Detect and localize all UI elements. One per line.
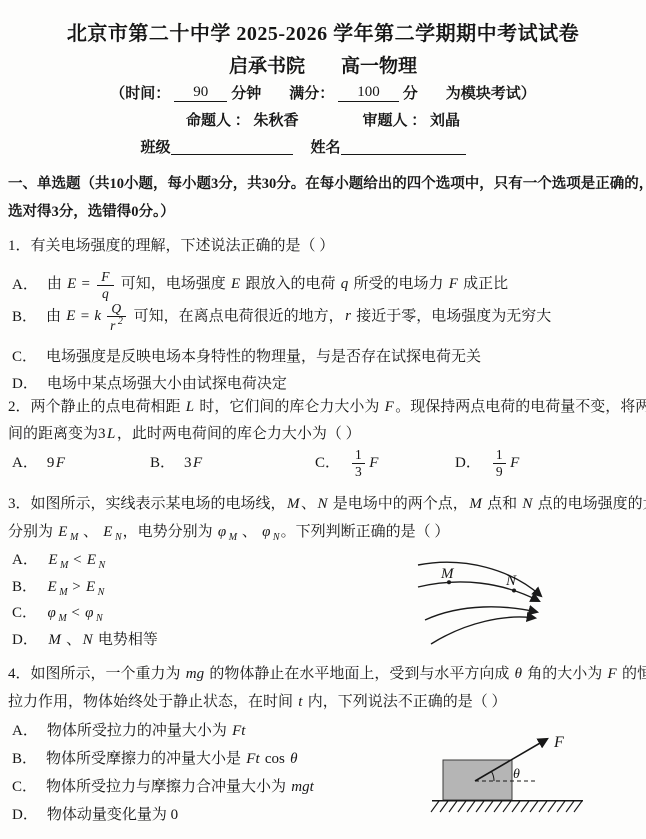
field-line-2: [418, 582, 539, 601]
section-heading-line-1: 一、单选题（共10小题，每小题3分，共30分。在每小题给出的四个选项中，只有一个…: [8, 172, 646, 196]
q3-option-a: A． EM < EN: [12, 548, 106, 572]
field-line-4: [431, 617, 535, 644]
option-text: 19F: [490, 447, 521, 478]
option-text: 物体动量变化量为 0: [47, 803, 178, 827]
q4-option-b: B． 物体所受摩擦力的冲量大小是 Ft cos θ: [12, 747, 299, 771]
class-blank: [171, 137, 293, 155]
point-n-label: N: [505, 573, 517, 589]
q2-option-d: D． 19F: [455, 443, 521, 483]
section-heading-line-2: 选对得3分，选错得0分。）: [8, 200, 175, 224]
option-text: EM < EN: [47, 548, 106, 572]
setter-name: 朱秋香: [253, 113, 298, 129]
option-text: φM < φN: [46, 601, 104, 625]
option-text: 物体所受摩擦力的冲量大小是 Ft cos θ: [46, 747, 299, 771]
angle-label: θ: [513, 767, 520, 782]
q4-stem-line-1: 4．如图所示，一个重力为 mg 的物体静止在水平地面上，受到与水平方向成 θ 角…: [8, 662, 646, 686]
option-label: D．: [455, 451, 481, 475]
name-label: 姓名: [311, 136, 341, 157]
option-text: 由 E = kQr2 可知，在离点电荷很近的地方，r 接近于零，电场强度为无穷大: [46, 301, 551, 333]
class-label: 班级: [140, 136, 170, 157]
point-m-label: M: [440, 566, 455, 582]
academy-name: 启承书院: [229, 51, 305, 78]
course-name: 高一物理: [341, 51, 417, 78]
option-label: B．: [12, 575, 37, 599]
q3-option-c: C． φM < φN: [12, 601, 104, 625]
option-text: EM > EN: [46, 575, 105, 599]
q3-stem-line-1: 3．如图所示，实线表示某电场的电场线，M、N 是电场中的两个点，M 点和 N 点…: [8, 492, 646, 516]
ground-hatching: [431, 801, 582, 812]
option-label: A．: [12, 719, 38, 743]
force-label: F: [553, 734, 564, 751]
q2-option-c: C． 13F: [315, 443, 380, 483]
option-label: C．: [12, 601, 37, 625]
exam-title-text: 北京市第二十中学 2025-2026 学年第二学期期中考试试卷: [67, 17, 579, 46]
exam-page: 北京市第二十中学 2025-2026 学年第二学期期中考试试卷 启承书院 高一物…: [0, 0, 646, 839]
exam-type: 为模块考试）: [446, 82, 536, 103]
time-label: （时间：: [110, 82, 170, 103]
field-lines-figure: M N: [400, 552, 630, 667]
option-text: 电场中某点场强大小由试探电荷决定: [47, 372, 287, 396]
q1-option-d: D． 电场中某点场强大小由试探电荷决定: [12, 372, 287, 396]
reviewer-group: 审题人 ： 刘晶: [363, 109, 461, 130]
point-n-dot: [512, 589, 516, 593]
score-label: 满分：: [289, 82, 334, 103]
option-label: D．: [12, 803, 38, 827]
q3-option-b: B． EM > EN: [12, 575, 105, 599]
q3-stem-line-2: 分别为 EM 、 EN，电势分别为 φM 、 φN。下列判断正确的是（ ）: [8, 520, 449, 544]
option-text: 电场强度是反映电场本身特性的物理量，与是否存在试探电荷无关: [46, 345, 481, 369]
q2-stem-line-1: 2．两个静止的点电荷相距 L 时，它们间的库仑力大小为 F。现保持两点电荷的电荷…: [8, 395, 646, 419]
field-line-1: [418, 562, 541, 596]
field-line-3: [425, 607, 537, 620]
q2-option-a: A． 9F: [12, 443, 67, 483]
option-label: C．: [315, 451, 340, 475]
q1-stem: 1．有关电场强度的理解，下述说法正确的是（ ）: [8, 234, 334, 258]
q2-option-b: B． 3F: [150, 443, 204, 483]
time-value: 90: [174, 83, 227, 102]
option-label: A．: [12, 548, 38, 572]
q1-option-c: C． 电场强度是反映电场本身特性的物理量，与是否存在试探电荷无关: [12, 345, 481, 369]
q4-option-d: D． 物体动量变化量为 0: [12, 803, 178, 827]
score-value: 100: [338, 83, 399, 102]
exam-info-line: （时间： 90 分钟 满分： 100 分 为模块考试）: [0, 80, 646, 104]
option-label: B．: [12, 305, 37, 329]
option-label: D．: [12, 372, 38, 396]
option-label: B．: [12, 747, 37, 771]
option-label: A．: [12, 451, 38, 475]
option-text: 13F: [349, 447, 380, 478]
setter-group: 命题人 ： 朱秋香: [186, 109, 299, 130]
class-name-line: 班级 姓名: [0, 134, 646, 158]
score-unit: 分: [403, 82, 418, 103]
name-blank: [341, 137, 466, 155]
option-text: 物体所受拉力与摩擦力合冲量大小为 mgt: [46, 775, 315, 799]
q4-option-a: A． 物体所受拉力的冲量大小为 Ft: [12, 719, 247, 743]
q4-stem-line-2: 拉力作用，物体始终处于静止状态，在时间 t 内，下列说法不正确的是（ ）: [8, 690, 506, 714]
exam-persons-line: 命题人 ： 朱秋香 审题人 ： 刘晶: [0, 107, 646, 131]
option-label: C．: [12, 775, 37, 799]
q3-option-d: D． M 、N 电势相等: [12, 628, 158, 652]
time-unit: 分钟: [231, 82, 261, 103]
page-title: 北京市第二十中学 2025-2026 学年第二学期期中考试试卷: [0, 16, 646, 46]
option-text: M 、N 电势相等: [47, 628, 158, 652]
reviewer-name: 刘晶: [430, 113, 460, 129]
option-label: D．: [12, 628, 38, 652]
option-label: C．: [12, 345, 37, 369]
option-text: 9F: [47, 451, 67, 475]
reviewer-label: 审题人 ：: [363, 113, 427, 129]
q4-option-c: C． 物体所受拉力与摩擦力合冲量大小为 mgt: [12, 775, 315, 799]
option-label: A．: [12, 273, 38, 297]
q1-option-b: B． 由 E = kQr2 可知，在离点电荷很近的地方，r 接近于零，电场强度为…: [12, 295, 551, 339]
block-pull-figure: F θ: [423, 720, 598, 825]
option-text: 3F: [184, 451, 204, 475]
setter-label: 命题人 ：: [186, 113, 250, 129]
exam-subtitle: 启承书院 高一物理: [0, 49, 646, 79]
option-text: 物体所受拉力的冲量大小为 Ft: [47, 719, 247, 743]
option-label: B．: [150, 451, 175, 475]
